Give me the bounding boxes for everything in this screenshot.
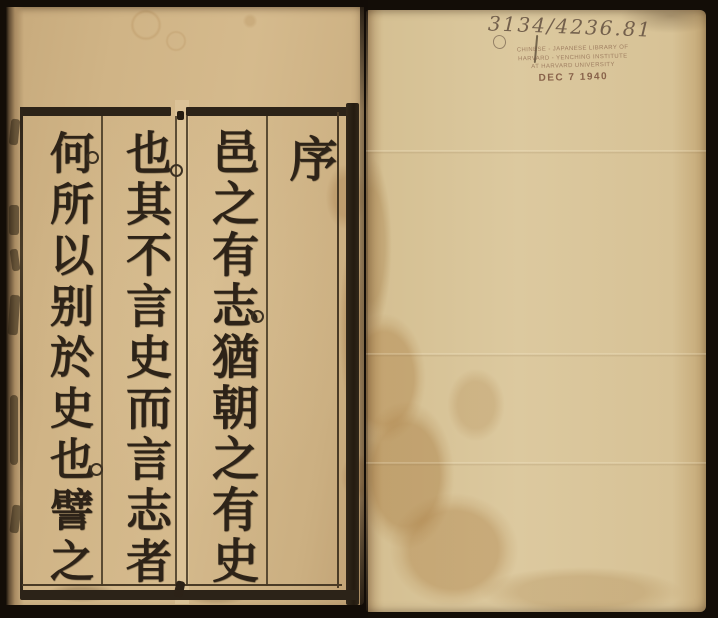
text-column-3: 何所以别於史也譬之	[25, 124, 99, 594]
text-column-2: 也其不言史而言志者	[104, 122, 179, 594]
circle-glyph-shape	[170, 164, 183, 177]
emphasis-circle: 。	[251, 310, 264, 323]
left-page: 序 邑之有志猶朝之有史 也其不言史而言志者 何所以别於史也譬之 。 。 。 。	[6, 7, 364, 605]
partial-character-smudge	[9, 119, 21, 146]
emphasis-circle: 。	[86, 151, 99, 164]
circle-glyph-shape	[90, 463, 103, 476]
call-number-handwriting: 3134/4236.81	[488, 11, 679, 42]
preface-title: 序	[281, 134, 337, 182]
title-column: 序	[282, 118, 344, 198]
circle-glyph-shape	[251, 310, 264, 323]
circle-glyph-shape	[86, 151, 99, 164]
paper-crease	[366, 150, 706, 154]
book-scan: 序 邑之有志猶朝之有史 也其不言史而言志者 何所以别於史也譬之 。 。 。 。	[0, 0, 718, 618]
paper-crease	[366, 353, 706, 357]
library-stamp: CHINESE - JAPANESE LIBRARY OF HARVARD - …	[502, 43, 645, 85]
frame-top-border	[186, 107, 352, 116]
partial-character-smudge	[10, 249, 21, 272]
column-separator	[266, 116, 268, 586]
frame-right-outer-border	[346, 103, 359, 605]
column-text: 邑之有志猶朝之有史	[204, 128, 259, 587]
book-gutter	[360, 0, 368, 618]
column-text: 何所以别於史也譬之	[42, 130, 93, 589]
column-text: 也其不言史而言志者	[119, 129, 173, 588]
emphasis-circle: 。	[170, 164, 183, 177]
column-separator	[101, 116, 103, 586]
frame-left-border	[20, 107, 23, 596]
partial-character-smudge	[9, 205, 19, 235]
partial-character-smudge	[8, 295, 21, 336]
frame-top-border	[20, 107, 171, 116]
paper-crease	[366, 462, 706, 466]
fold-ink-mark	[177, 111, 184, 120]
text-column-1: 邑之有志猶朝之有史	[187, 120, 265, 594]
partial-character-smudge	[10, 395, 18, 465]
right-page: 3134/4236.81 CHINESE - JAPANESE LIBRARY …	[366, 10, 706, 612]
stamp-date: DEC 7 1940	[502, 70, 644, 86]
emphasis-circle: 。	[90, 463, 103, 476]
